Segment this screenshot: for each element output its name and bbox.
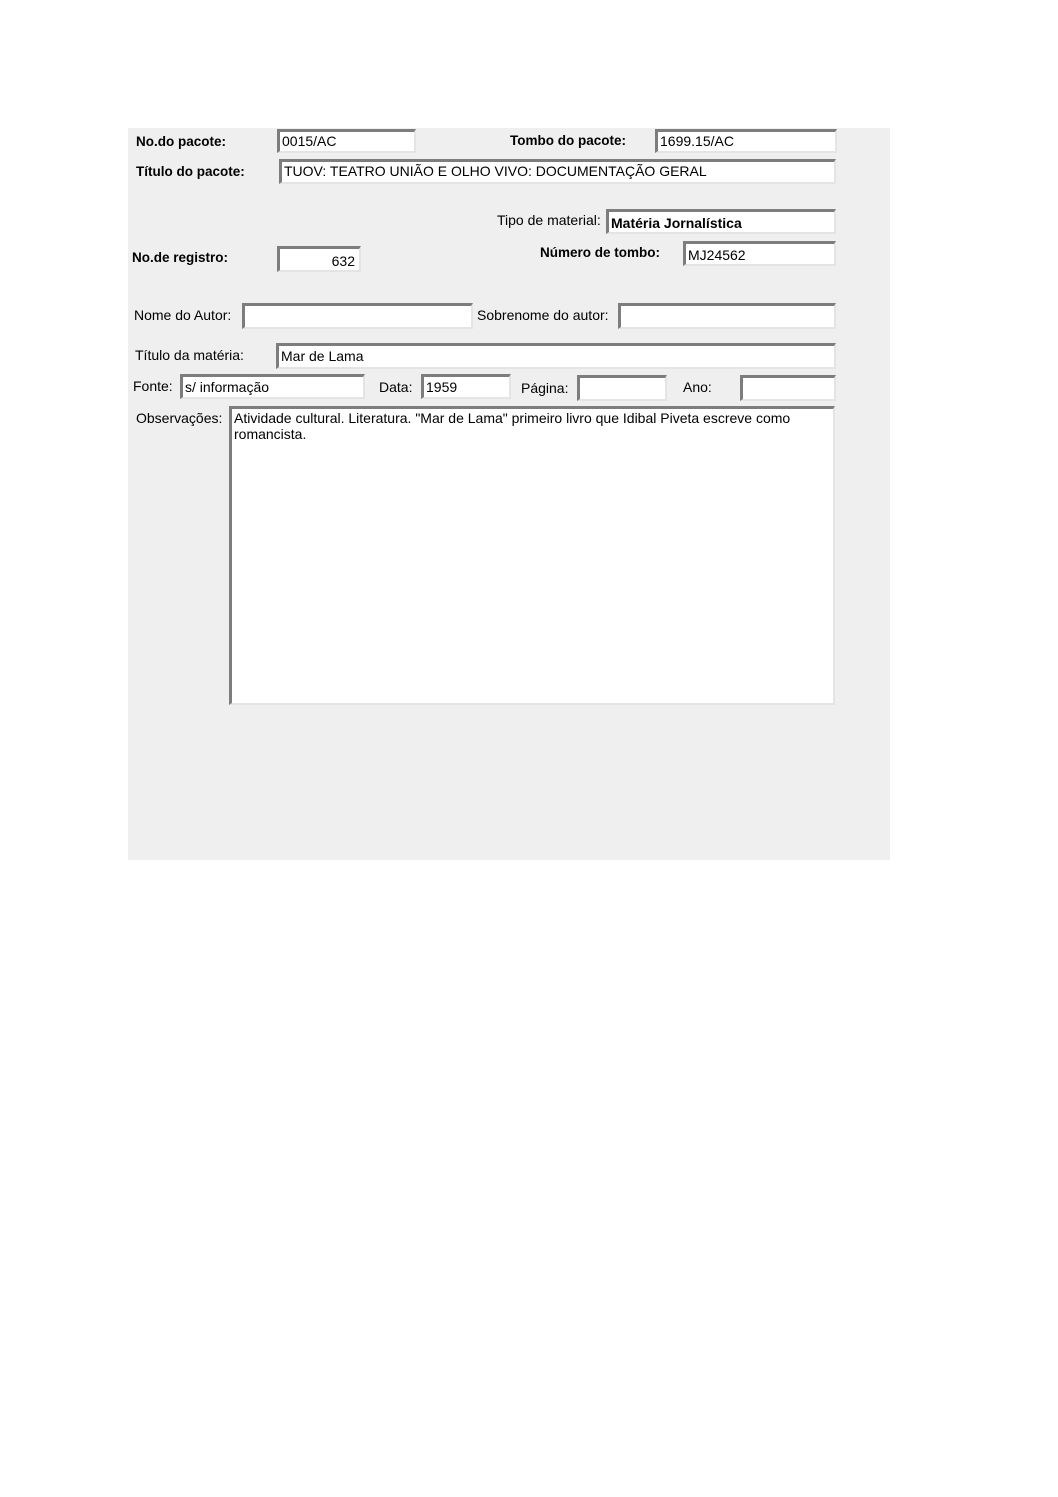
fonte-field[interactable]: s/ informação bbox=[180, 374, 365, 399]
sobrenome-autor-field[interactable] bbox=[618, 303, 836, 329]
no-pacote-label: No.do pacote: bbox=[136, 134, 226, 150]
observacoes-textarea[interactable]: Atividade cultural. Literatura. "Mar de … bbox=[229, 406, 835, 705]
fonte-label: Fonte: bbox=[133, 378, 173, 394]
numero-tombo-label: Número de tombo: bbox=[540, 245, 660, 261]
numero-tombo-field[interactable]: MJ24562 bbox=[683, 241, 836, 266]
data-label: Data: bbox=[379, 379, 412, 395]
titulo-pacote-field[interactable]: TUOV: TEATRO UNIÃO E OLHO VIVO: DOCUMENT… bbox=[279, 159, 836, 184]
nome-autor-label: Nome do Autor: bbox=[134, 307, 231, 323]
no-registro-field[interactable]: 632 bbox=[277, 246, 361, 272]
pagina-label: Página: bbox=[521, 380, 568, 396]
titulo-materia-label: Título da matéria: bbox=[135, 347, 244, 363]
data-field[interactable]: 1959 bbox=[421, 374, 511, 399]
tipo-material-label: Tipo de material: bbox=[497, 212, 601, 228]
ano-field[interactable] bbox=[740, 375, 836, 401]
observacoes-label: Observações: bbox=[136, 410, 222, 426]
titulo-materia-field[interactable]: Mar de Lama bbox=[276, 343, 836, 369]
tombo-pacote-label: Tombo do pacote: bbox=[510, 133, 626, 149]
sobrenome-autor-label: Sobrenome do autor: bbox=[477, 307, 609, 323]
no-registro-label: No.de registro: bbox=[132, 250, 228, 266]
no-pacote-field[interactable]: 0015/AC bbox=[277, 129, 416, 153]
tombo-pacote-field[interactable]: 1699.15/AC bbox=[655, 129, 837, 153]
nome-autor-field[interactable] bbox=[242, 303, 473, 329]
ano-label: Ano: bbox=[683, 379, 712, 395]
titulo-pacote-label: Título do pacote: bbox=[136, 164, 245, 180]
pagina-field[interactable] bbox=[577, 375, 667, 401]
tipo-material-field[interactable]: Matéria Jornalística bbox=[606, 209, 836, 234]
